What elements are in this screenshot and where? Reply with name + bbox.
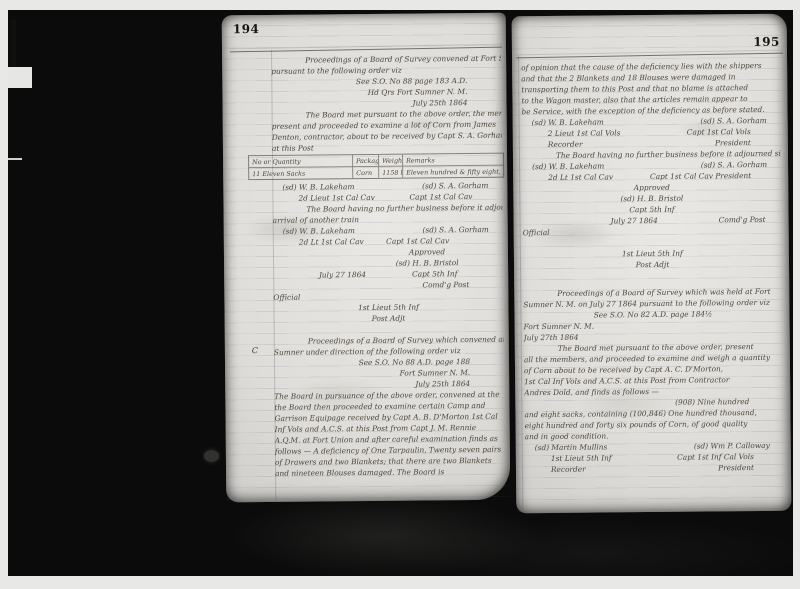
table-header: Packages	[353, 155, 379, 167]
margin-annotation: C	[252, 346, 258, 355]
ledger-page-right: 195 of opinion that the cause of the def…	[512, 14, 792, 514]
table-header: Weight	[379, 155, 403, 167]
signature-row: Recorder President	[525, 462, 784, 475]
recorder-rank: 2d Lt 1st Cal Cav Recorder	[299, 236, 386, 248]
recorder-rank: 2d Lieut 1st Cal Cav	[298, 192, 374, 204]
table-cell: 11 Eleven Sacks	[249, 167, 353, 179]
president-rank: Capt 1st Cal Cav President	[650, 170, 751, 182]
microfilm-background: 194 C Proceedings of a Board of Survey c…	[8, 10, 793, 576]
president-rank: Capt 1st Cal Cav President	[386, 235, 473, 247]
folio-number-left: 194	[233, 22, 260, 36]
recorder-title: Recorder	[548, 139, 583, 150]
film-edge-tick	[8, 158, 22, 160]
recorder-title: Recorder	[551, 464, 586, 475]
ledger-page-left: 194 C Proceedings of a Board of Survey c…	[222, 13, 511, 503]
recorder-rank: 2 Lieut 1st Cal Vols	[548, 127, 621, 139]
handwritten-text-right: of opinion that the cause of the deficie…	[521, 60, 784, 475]
president-title: President	[715, 137, 751, 148]
commanding-post-label: Comd'g Post	[719, 214, 766, 225]
president-title: President	[718, 462, 754, 473]
gray-smudge	[204, 450, 219, 462]
handwritten-text-left: Proceedings of a Board of Survey convene…	[271, 53, 505, 479]
handwritten-line: Denton, contractor, about to be received…	[272, 130, 502, 143]
president-signature: (sd) S. A. Gorham	[701, 159, 767, 171]
recorder-rank: 1st Lieut 5th Inf	[551, 452, 612, 464]
recorder-signature: (sd) W. B. Lakeham	[282, 181, 354, 193]
president-rank: Capt 1st Inf Cal Vols	[677, 451, 754, 463]
president-signature: (sd) S. A. Gorham	[422, 224, 488, 236]
handwritten-line: The Board having no further business bef…	[272, 202, 502, 215]
recorder-signature: (sd) W. B. Lakeham	[283, 225, 355, 237]
recorder-signature: (sd) Martin Mullins	[535, 441, 608, 453]
signature-row: 2d Lt 1st Cal Cav Recorder Capt 1st Cal …	[273, 235, 503, 248]
president-rank: Capt 1st Cal Vols	[687, 126, 751, 138]
president-signature: (sd) S. A. Gorham	[700, 115, 766, 127]
table-cell: 1158 lbs	[379, 167, 403, 178]
table-cell: Corn	[353, 167, 379, 178]
commander-rank: Capt 5th Inf	[412, 268, 457, 279]
page-head-rule	[516, 53, 783, 59]
film-edge-artifact	[11, 20, 16, 67]
film-edge-notch	[8, 67, 32, 88]
president-signature: (sd) S. A. Gorham	[422, 180, 488, 192]
approval-date: July 27 1864	[611, 215, 658, 226]
handwritten-line: and nineteen Blouses damaged. The Board …	[275, 466, 505, 479]
table-header: No or Quantity	[249, 155, 353, 168]
scanned-ledger-photo: 194 C Proceedings of a Board of Survey c…	[0, 0, 800, 589]
recorder-signature: (sd) W. B. Lakeham	[532, 116, 604, 128]
recorder-signature: (sd) W. B. Lakeham	[532, 160, 604, 172]
table-cell: Eleven hundred & fifty eight, full weigh…	[403, 166, 503, 178]
handwritten-line: at this Post	[272, 141, 502, 154]
survey-table: No or Quantity Packages Weight Remarks 1…	[248, 153, 504, 180]
table-header: Remarks	[403, 154, 503, 167]
approval-date: July 27 1864	[319, 269, 366, 280]
folio-number-right: 195	[753, 35, 780, 49]
president-signature: (sd) Wm P. Calloway	[694, 440, 770, 452]
president-rank: Capt 1st Cal Cav	[409, 191, 472, 203]
